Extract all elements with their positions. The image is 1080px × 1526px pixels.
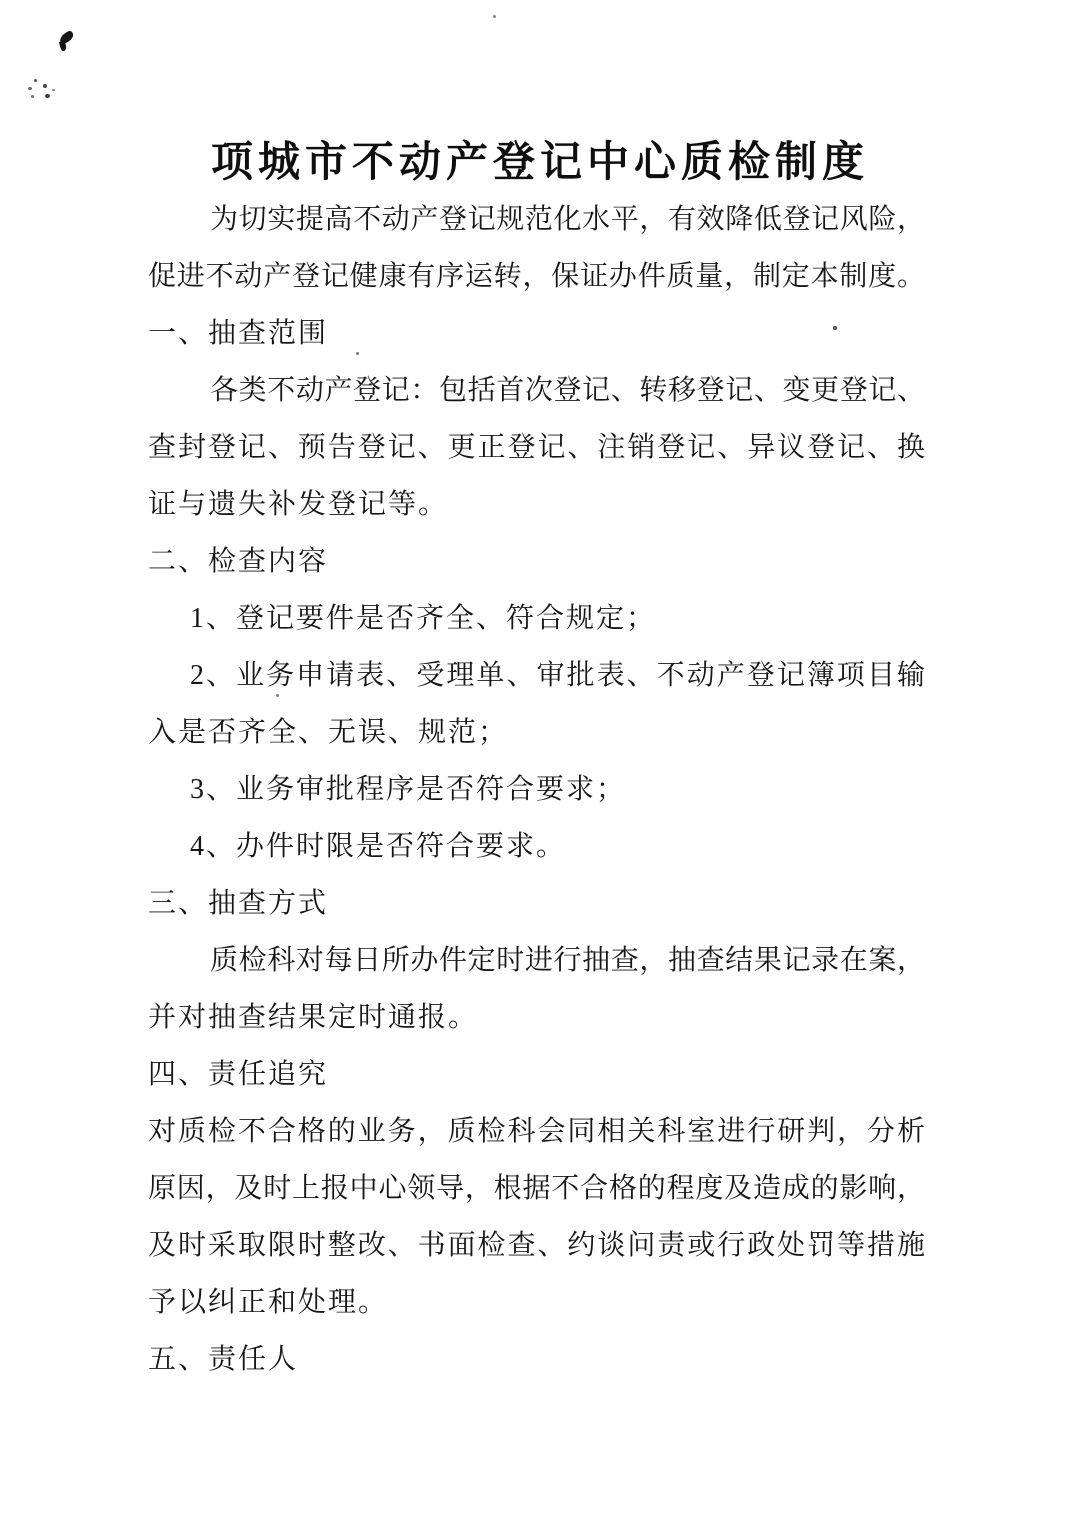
document-body: 为切实提高不动产登记规范化水平，有效降低登记风险， 促进不动产登记健康有序运转，…: [148, 191, 925, 1388]
section-heading: 四、责任追究: [148, 1046, 925, 1103]
paragraph-line: 并对抽查结果定时通报。: [148, 989, 925, 1046]
scan-artifact: [493, 15, 496, 18]
list-item-line: 入是否齐全、无误、规范；: [148, 704, 925, 761]
paragraph-line: 质检科对每日所办件定时进行抽查，抽查结果记录在案，: [148, 932, 925, 989]
paragraph-line: 及时采取限时整改、书面检查、约谈问责或行政处罚等措施: [148, 1217, 925, 1274]
scan-artifact: [58, 30, 75, 46]
scan-artifact: [43, 84, 47, 88]
section-heading: 一、抽查范围: [148, 305, 925, 362]
scan-artifact: [52, 89, 55, 91]
list-item-line: 3、业务审批程序是否符合要求；: [148, 761, 925, 818]
list-item-line: 1、登记要件是否齐全、符合规定；: [148, 590, 925, 647]
paragraph-line: 促进不动产登记健康有序运转，保证办件质量，制定本制度。: [148, 248, 925, 305]
section-heading: 二、检查内容: [148, 533, 925, 590]
scan-artifact: [28, 87, 32, 90]
scan-artifact: [34, 79, 37, 82]
paragraph-line: 原因，及时上报中心领导，根据不合格的程度及造成的影响，: [148, 1160, 925, 1217]
scan-artifact: [31, 95, 34, 98]
section-heading: 三、抽查方式: [148, 875, 925, 932]
section-heading: 五、责任人: [148, 1331, 925, 1388]
paragraph-line: 查封登记、预告登记、更正登记、注销登记、异议登记、换: [148, 419, 925, 476]
list-item-line: 4、办件时限是否符合要求。: [148, 818, 925, 875]
paragraph-line: 予以纠正和处理。: [148, 1274, 925, 1331]
document-title: 项城市不动产登记中心质检制度: [0, 133, 1080, 193]
list-item-line: 2、业务申请表、受理单、审批表、不动产登记簿项目输: [148, 647, 925, 704]
paragraph-line: 为切实提高不动产登记规范化水平，有效降低登记风险，: [148, 191, 925, 248]
paragraph-line: 各类不动产登记：包括首次登记、转移登记、变更登记、: [148, 362, 925, 419]
scan-artifact: [45, 94, 50, 98]
paragraph-line: 对质检不合格的业务，质检科会同相关科室进行研判，分析: [148, 1103, 925, 1160]
paragraph-line: 证与遗失补发登记等。: [148, 476, 925, 533]
scanned-document-page: 项城市不动产登记中心质检制度 为切实提高不动产登记规范化水平，有效降低登记风险，…: [0, 0, 1080, 1526]
